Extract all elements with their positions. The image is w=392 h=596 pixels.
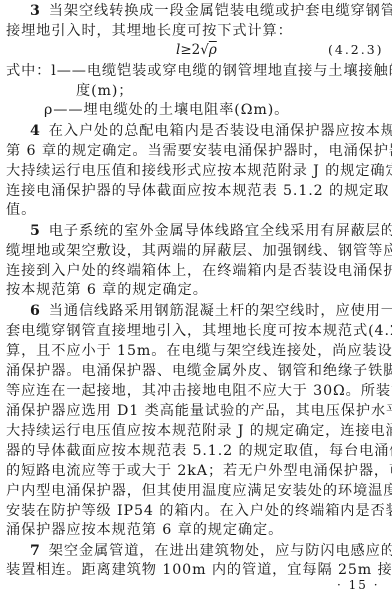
clause-7-line-2: 装置相连。距离建筑物 100m 内的管道，宜每隔 25m 接地一次，其 [6,561,386,579]
clause-6-line-4: 涌保护器。电涌保护器、电缆金属外皮、钢管和绝缘子铁脚、金具 [6,362,386,380]
clause-4-line-5: 值。 [6,201,386,219]
clause-4-line-2: 第 6 章的规定确定。当需要安装电涌保护器时，电涌保护器的最 [6,142,386,160]
clause-5-line-4: 按本规范第 6 章的规定确定。 [6,281,386,299]
clause-3-line-2: 接埋地引入时，其埋地长度可按下式计算： [6,22,386,40]
clause-6-line-3: 算，且不应小于 15m。在电缆与架空线连接处，尚应装设户外型电 [6,342,386,360]
clause-5-line-1: 5电子系统的室外金属导体线路宜全线采用有屏蔽层的电 [30,222,386,240]
clause-6-line-9: 的短路电流应等于或大于 2kA；若无户外型电涌保护器，可选用 [6,462,386,480]
clause-6-line-11: 安装在防护等级 IP54 的箱内。在入户处的终端箱内是否装设电 [6,502,386,520]
clause-4-line-1: 4在入户处的总配电箱内是否装设电涌保护器应按本规范 [30,122,386,140]
clause-number: 3 [30,3,41,19]
clause-6-line-10: 户内型电涌保护器，但其使用温度应满足安装处的环境温度，并应 [6,482,386,500]
clause-6-line-5: 等应连在一起接地，其冲击接地电阻不应大于 30Ω。所装设的电 [6,382,386,400]
equation-number: (4.2.3) [328,42,384,57]
clause-6-line-1: 6当通信线路采用钢筋混凝土杆的架空线时，应使用一段护 [30,302,386,320]
where-line-3: ρ——埋电缆处的土壤电阻率(Ωm)。 [44,101,392,119]
clause-6-line-12: 涌保护器应按本规范第 6 章的规定确定。 [6,521,386,539]
clause-3-line-1: 3当架空线转换成一段金属铠装电缆或护套电缆穿钢管直 [30,2,386,20]
clause-6-line-8: 器的导体截面应按本规范表 5.1.2 的规定取值，每台电涌保护器 [6,442,386,460]
clause-5-line-3: 连接到入户处的终端箱体上，在终端箱内是否装设电涌保护器应 [6,262,386,280]
where-line-1: 式中：l——电缆铠装或穿电缆的钢管埋地直接与土壤接触的长 [6,62,386,80]
where-line-2: 度(m)； [76,82,392,100]
clause-7-line-1: 7架空金属管道，在进出建筑物处，应与防闪电感应的接地 [30,542,386,560]
clause-6-line-2: 套电缆穿钢管直接埋地引入，其埋地长度可按本规范式(4.2.3)计 [6,322,386,340]
document-page: 3当架空线转换成一段金属铠装电缆或护套电缆穿钢管直 接埋地引入时，其埋地长度可按… [0,0,392,596]
page-number: · 15 · [337,578,380,592]
clause-5-line-2: 缆埋地或架空敷设，其两端的屏蔽层、加强钢线、钢管等应等电位 [6,242,386,260]
clause-6-line-6: 涌保护器应选用 D1 类高能量试验的产品，其电压保护水平和最 [6,402,386,420]
clause-4-line-3: 大持续运行电压值和接线形式应按本规范附录 J 的规定确定； [6,162,386,180]
clause-6-line-7: 大持续运行电压值应按本规范附录 J 的规定确定，连接电涌保护 [6,422,386,440]
formula: l≥2√ρ [176,42,217,58]
clause-4-line-4: 连接电涌保护器的导体截面应按本规范表 5.1.2 的规定取 [6,182,386,200]
